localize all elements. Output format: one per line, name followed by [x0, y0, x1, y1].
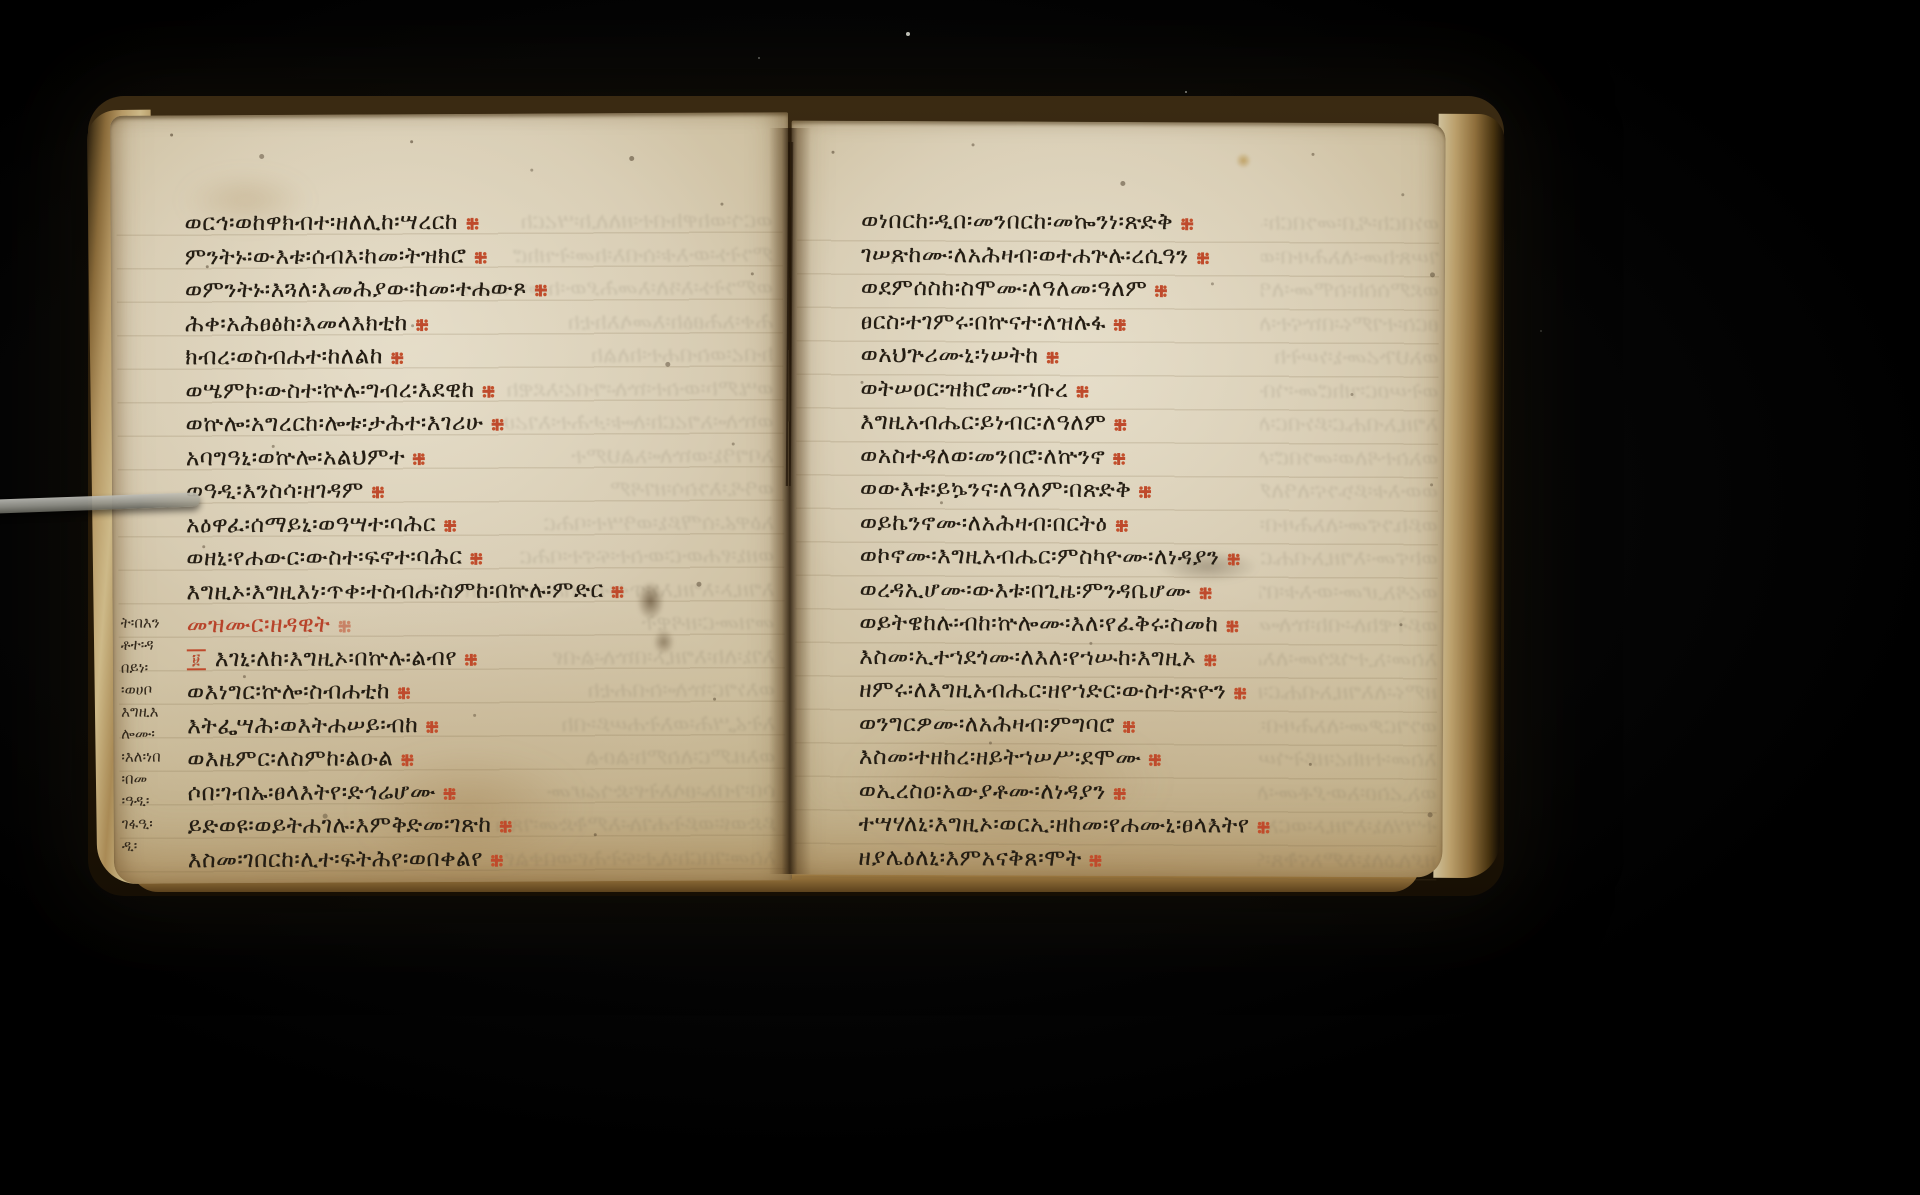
- paragraph-separator-icon: [1115, 519, 1127, 531]
- paragraph-separator-icon: [491, 854, 503, 866]
- line-text: ወንግርዎሙ፡ለአሕዛብ፡ምግባሮ: [859, 710, 1115, 737]
- line-text: ዘያሌዕለኒ፡እምአናቅጸ፡ሞት: [858, 844, 1081, 871]
- marginalia-line: ፡እለ፡ነበ: [121, 745, 187, 768]
- ghost-line: ወንግርዎሙ፡ለአሕዛብ፡ምግባሮ: [1259, 709, 1437, 743]
- line-text: ፀርስ፡ተገምሩ፡በኵናተ፡ለዝሉፋ: [861, 308, 1106, 335]
- ghost-line: ወረዳኢሆሙ፡ውእቱ፡በጊዜ፡ምንዳቤሆሙ: [1260, 575, 1438, 609]
- ghost-line: ወአስተዳለወ፡መንበሮ፡ለኵንኖ: [1260, 441, 1438, 475]
- paragraph-separator-icon: [401, 754, 413, 766]
- marginalia-line: ፡ወሀቦ: [121, 678, 187, 701]
- ghost-line: ተሣሃለኒ፡እግዚኦ፡ወርኢ፡ዘከመ፡የሐሙኒ፡ፀላእትየ: [1258, 810, 1436, 844]
- speckles: [792, 121, 795, 124]
- right-page: ወነበርከ፡ዲበ፡መንበርከ፡መኰንነ፡ጽድቅገሠጽከሙ፡ለአሕዛብ፡ወተሐጕሉ…: [788, 121, 1445, 878]
- line-text: እስመ፡ገበርከ፡ሊተ፡ፍትሕየ፡ወበቀልየ: [188, 845, 483, 873]
- paragraph-separator-icon: [1123, 721, 1135, 733]
- line-text: እስመ፡ኢተኀደጎሙ፡ለእለ፡የኀሡከ፡እግዚኦ: [859, 643, 1196, 670]
- paragraph-separator-icon: [535, 284, 547, 296]
- photo-stage: ወርኅ፡ወከዋክብተ፡ዘለሊከ፡ሣረርከምንትኑ፡ውእቱ፡ሰብእ፡ከመ፡ትዝክሮ…: [0, 0, 1920, 1195]
- dust-specks: [0, 0, 2, 2]
- text-line: ወዘኒ፡የሐውር፡ውስተ፡ፍኖተ፡ባሕር: [186, 540, 623, 576]
- line-text: ወርኅ፡ወከዋክብተ፡ዘለሊከ፡ሣረርከ: [184, 209, 458, 236]
- rubric-line: መዝሙር፡ዘዳዊት: [187, 607, 624, 643]
- paragraph-separator-icon: [470, 553, 482, 565]
- ghost-line: ፀርስ፡ተገምሩ፡በኵናተ፡ለዝሉፋ: [1261, 307, 1439, 341]
- line-text: ይድወዩ፡ወይትሐገሉ፡እምቅድመ፡ገጽከ: [188, 812, 492, 840]
- text-line: ወምንትኑ፡እጓለ፡እመሕያው፡ከመ፡ተሐውጾ: [185, 272, 622, 308]
- marginalia-line: ቶተ፡ዳ: [121, 634, 187, 657]
- ghost-line: እስመ፡ተዘከረ፡ዘይትኀሠሥ፡ደሞሙ: [1259, 743, 1437, 777]
- line-text: ገሠጽከሙ፡ለአሕዛብ፡ወተሐጕሉ፡ረሲዓን: [861, 241, 1189, 268]
- line-text: እስመ፡ተዘከረ፡ዘይትኀሠሥ፡ደሞሙ: [859, 744, 1142, 771]
- line-text: እገኒ፡ለከ፡እግዚኦ፡በኵሉ፡ልብየ: [215, 644, 457, 671]
- paragraph-separator-icon: [1139, 486, 1151, 498]
- line-text: ወኢረስዐ፡አውያቶሙ፡ለነዳያን: [859, 777, 1106, 804]
- text-line: አባግዓኒ፡ወኵሎ፡አልህምተ: [186, 440, 623, 476]
- ghost-line: ወትሠዐር፡ዝክሮሙ፡ኀቡረ: [1260, 374, 1438, 408]
- line-text: ወይትዌከሉ፡ብከ፡ኵሎሙ፡እለ፡የፈቅሩ፡ስመከ: [859, 610, 1218, 638]
- text-line: እስመ፡ገበርከ፡ሊተ፡ፍትሕየ፡ወበቀልየ: [188, 842, 625, 878]
- ghost-line: ወውእቱ፡ይኴንና፡ለዓለም፡በጽድቅ: [1260, 475, 1438, 509]
- text-line: ወውእቱ፡ይኴንና፡ለዓለም፡በጽድቅ: [860, 473, 1271, 508]
- paragraph-separator-icon: [1114, 787, 1126, 799]
- pointer-rod-tip: [140, 492, 200, 508]
- line-text: እትፌሣሕ፡ወእትሐሠይ፡ብከ: [187, 712, 418, 739]
- paragraph-separator-icon: [444, 787, 456, 799]
- line-text: ወሤምኮ፡ውስተ፡ኵሉ፡ግብረ፡እደዊከ: [185, 376, 474, 404]
- paragraph-separator-icon: [413, 453, 425, 465]
- line-text: ሕቀ፡አሕፀፅከ፡እመላእክቲከ: [185, 310, 408, 337]
- line-text: ወምንትኑ፡እጓለ፡እመሕያው፡ከመ፡ተሐውጾ: [185, 276, 527, 304]
- text-line: ወዓዲ፡እንስሳ፡ዘገዳም: [186, 473, 623, 509]
- ghost-line: ወአህጕሪሙኒ፡ነሠትከ: [1261, 341, 1439, 375]
- paragraph-separator-icon: [1234, 688, 1246, 700]
- text-line: ወደምሰስከ፡ስሞሙ፡ለዓለመ፡ዓለም: [861, 272, 1272, 307]
- paragraph-separator-icon: [466, 218, 478, 230]
- text-line: ዘምሩ፡ለእግዚአብሔር፡ዘየኀድር፡ውስተ፡ጽዮን: [859, 674, 1270, 709]
- paragraph-separator-icon: [491, 419, 503, 431]
- ink-stain: [653, 629, 675, 655]
- paragraph-separator-icon: [1113, 452, 1125, 464]
- text-line: አዕዋፈ፡ሰማይኒ፡ወዓሣተ፡ባሕር: [186, 507, 623, 543]
- text-line: እስመ፡ተዘከረ፡ዘይትኀሠሥ፡ደሞሙ: [859, 741, 1270, 776]
- text-line: ወይትዌከሉ፡ብከ፡ኵሎሙ፡እለ፡የፈቅሩ፡ስመከ: [859, 607, 1270, 642]
- show-through-text: ወነበርከ፡ዲበ፡መንበርከ፡መኰንነ፡ጽድቅገሠጽከሙ፡ለአሕዛብ፡ወተሐጕሉ…: [1258, 207, 1439, 884]
- line-text: አባግዓኒ፡ወኵሎ፡አልህምተ: [186, 444, 405, 471]
- text-line: እግዚኦ፡እግዚእነ፡ጥቀ፡ተስብሐ፡ስምከ፡በኵሉ፡ምድር: [186, 574, 623, 610]
- ghost-line: እግዚአብሔር፡ይነብር፡ለዓለም: [1260, 408, 1438, 442]
- text-line: ዘያሌዕለኒ፡እምአናቅጸ፡ሞት: [858, 841, 1269, 876]
- line-text: ተሣሃለኒ፡እግዚኦ፡ወርኢ፡ዘከመ፡የሐሙኒ፡ፀላእትየ: [859, 811, 1250, 839]
- paragraph-separator-icon: [1047, 352, 1059, 364]
- text-line: ፀርስ፡ተገምሩ፡በኵናተ፡ለዝሉፋ: [861, 305, 1272, 340]
- text-line: ተሣሃለኒ፡እግዚኦ፡ወርኢ፡ዘከመ፡የሐሙኒ፡ፀላእትየ: [859, 808, 1270, 843]
- paragraph-separator-icon: [391, 352, 403, 364]
- text-line: ወኢረስዐ፡አውያቶሙ፡ለነዳያን: [859, 774, 1270, 809]
- paragraph-separator-icon: [1226, 620, 1238, 632]
- paragraph-separator-icon: [1114, 419, 1126, 431]
- paragraph-separator-icon: [426, 721, 438, 733]
- line-text: አዕዋፈ፡ሰማይኒ፡ወዓሣተ፡ባሕር: [186, 511, 436, 538]
- ghost-line: ገሠጽከሙ፡ለአሕዛብ፡ወተሐጕሉ፡ረሲዓን: [1261, 240, 1439, 274]
- marginalia-line: ት፡በእን: [121, 611, 187, 634]
- marginalia-line: እግዚእ: [121, 701, 187, 724]
- ghost-line: ወኮኖሙ፡እግዚአብሔር፡ምስካዮሙ፡ለነዳያን: [1260, 542, 1438, 576]
- paragraph-separator-icon: [372, 486, 384, 498]
- ghost-line: ወነበርከ፡ዲበ፡መንበርከ፡መኰንነ፡ጽድቅ: [1261, 207, 1439, 241]
- parchment-stain: [1235, 153, 1251, 169]
- marginalia-line: ገፋዒ፡: [122, 812, 188, 835]
- text-line: ወእነግር፡ኵሎ፡ስብሐቲከ: [187, 674, 624, 710]
- text-line: ወነበርከ፡ዲበ፡መንበርከ፡መኰንነ፡ጽድቅ: [861, 205, 1272, 240]
- paragraph-separator-icon: [416, 319, 428, 331]
- text-line: ሶበ፡ገብኡ፡ፀላእትየ፡ድኅሬሆሙ: [187, 775, 624, 811]
- paragraph-separator-icon: [1204, 654, 1216, 666]
- ghost-line: እስመ፡ኢተኀደጎሙ፡ለእለ፡የኀሡከ፡እግዚኦ: [1259, 642, 1437, 676]
- line-text: ወእዜምር፡ለስምከ፡ልዑል: [187, 745, 393, 772]
- line-text: ወአስተዳለወ፡መንበሮ፡ለኵንኖ: [860, 442, 1105, 469]
- paragraph-separator-icon: [1149, 754, 1161, 766]
- text-line: ወአስተዳለወ፡መንበሮ፡ለኵንኖ: [860, 439, 1271, 474]
- text-line: ወእዜምር፡ለስምከ፡ልዑል: [187, 741, 624, 777]
- text-line: ይድወዩ፡ወይትሐገሉ፡እምቅድመ፡ገጽከ: [188, 808, 625, 844]
- verse-number-marker: ፱: [187, 649, 206, 670]
- text-line: ወአህጕሪሙኒ፡ነሠትከ: [861, 339, 1272, 374]
- text-line: ወረዳኢሆሙ፡ውእቱ፡በጊዜ፡ምንዳቤሆሙ: [860, 573, 1271, 608]
- text-line: ወርኅ፡ወከዋክብተ፡ዘለሊከ፡ሣረርከ: [184, 205, 621, 241]
- text-line: ወሤምኮ፡ውስተ፡ኵሉ፡ግብረ፡እደዊከ: [185, 373, 622, 409]
- ink-stain: [636, 581, 664, 621]
- text-line: እግዚአብሔር፡ይነብር፡ለዓለም: [860, 406, 1271, 441]
- text-line: እስመ፡ኢተኀደጎሙ፡ለእለ፡የኀሡከ፡እግዚኦ: [859, 640, 1270, 675]
- marginalia-column: ት፡በእንቶተ፡ዳበይነ፡፡ወሀቦእግዚእሎሙ፡፡እለ፡ነበ፡በመ፡ዓዲ፡ገፋዒ…: [121, 611, 188, 857]
- marginalia-line: በይነ፡: [121, 656, 187, 679]
- line-text: እግዚአብሔር፡ይነብር፡ለዓለም: [860, 409, 1106, 436]
- text-line: ወንግርዎሙ፡ለአሕዛብ፡ምግባሮ: [859, 707, 1270, 742]
- paragraph-separator-icon: [474, 251, 486, 263]
- paragraph-separator-icon: [338, 621, 350, 633]
- line-text: መዝሙር፡ዘዳዊት: [187, 612, 331, 639]
- paragraph-separator-icon: [1090, 854, 1102, 866]
- line-text: ወትሠዐር፡ዝክሮሙ፡ኀቡረ: [860, 375, 1068, 402]
- line-text: ወኵሎ፡አግረርከ፡ሎቱ፡ታሕተ፡እገሪሁ: [186, 410, 484, 438]
- paragraph-separator-icon: [1155, 285, 1167, 297]
- paragraph-separator-icon: [1197, 252, 1209, 264]
- ghost-line: ወይትዌከሉ፡ብከ፡ኵሎሙ፡እለ፡የፈቅሩ፡ስመከ: [1259, 609, 1437, 643]
- marginalia-line: ፡በመ: [121, 767, 187, 790]
- paragraph-separator-icon: [1199, 587, 1211, 599]
- paragraph-separator-icon: [1181, 218, 1193, 230]
- text-line: እትፌሣሕ፡ወእትሐሠይ፡ብከ: [187, 708, 624, 744]
- left-text-column: ወርኅ፡ወከዋክብተ፡ዘለሊከ፡ሣረርከምንትኑ፡ውእቱ፡ሰብእ፡ከመ፡ትዝክሮ…: [184, 205, 625, 877]
- line-text: ምንትኑ፡ውእቱ፡ሰብእ፡ከመ፡ትዝክሮ: [185, 242, 467, 269]
- text-line: ወይኬንኖሙ፡ለአሕዛብ፡በርትዕ: [860, 506, 1271, 541]
- text-line: ወኮኖሙ፡እግዚአብሔር፡ምስካዮሙ፡ለነዳያን: [860, 540, 1271, 575]
- paragraph-separator-icon: [398, 687, 410, 699]
- line-text: ዘምሩ፡ለእግዚአብሔር፡ዘየኀድር፡ውስተ፡ጽዮን: [859, 677, 1226, 705]
- paragraph-separator-icon: [1114, 318, 1126, 330]
- paragraph-separator-icon: [1076, 385, 1088, 397]
- paragraph-separator-icon: [1257, 822, 1269, 834]
- ghost-line: ወይኬንኖሙ፡ለአሕዛብ፡በርትዕ: [1260, 508, 1438, 542]
- paragraph-separator-icon: [465, 653, 477, 665]
- line-text: ወረዳኢሆሙ፡ውእቱ፡በጊዜ፡ምንዳቤሆሙ: [860, 576, 1192, 603]
- text-line: ሕቀ፡አሕፀፅከ፡እመላእክቲከ: [185, 306, 622, 342]
- ghost-line: ዘምሩ፡ለእግዚአብሔር፡ዘየኀድር፡ውስተ፡ጽዮን: [1259, 676, 1437, 710]
- line-text: ክብረ፡ወስብሐተ፡ከለልከ: [185, 343, 383, 370]
- text-line: ፱እገኒ፡ለከ፡እግዚኦ፡በኵሉ፡ልብየ: [187, 641, 624, 677]
- line-text: ወአህጕሪሙኒ፡ነሠትከ: [861, 342, 1039, 369]
- line-text: እግዚኦ፡እግዚእነ፡ጥቀ፡ተስብሐ፡ስምከ፡በኵሉ፡ምድር: [186, 577, 603, 605]
- line-text: ወእነግር፡ኵሎ፡ስብሐቲከ: [187, 678, 390, 705]
- line-text: ወውእቱ፡ይኴንና፡ለዓለም፡በጽድቅ: [860, 476, 1131, 503]
- marginalia-line: ዲ፡: [122, 834, 188, 857]
- line-text: ወዓዲ፡እንስሳ፡ዘገዳም: [186, 477, 364, 504]
- marginalia-line: ፡ዓዲ፡: [122, 790, 188, 813]
- line-text: ወይኬንኖሙ፡ለአሕዛብ፡በርትዕ: [860, 509, 1108, 536]
- line-text: ሶበ፡ገብኡ፡ፀላእትየ፡ድኅሬሆሙ: [187, 779, 435, 806]
- text-line: ወትሠዐር፡ዝክሮሙ፡ኀቡረ: [860, 372, 1271, 407]
- paragraph-separator-icon: [483, 385, 495, 397]
- line-text: ወዘኒ፡የሐውር፡ውስተ፡ፍኖተ፡ባሕር: [186, 544, 462, 571]
- paragraph-separator-icon: [444, 519, 456, 531]
- text-line: ወኵሎ፡አግረርከ፡ሎቱ፡ታሕተ፡እገሪሁ: [186, 406, 623, 442]
- paragraph-separator-icon: [1227, 553, 1239, 565]
- line-text: ወነበርከ፡ዲበ፡መንበርከ፡መኰንነ፡ጽድቅ: [861, 208, 1173, 235]
- line-text: ወደምሰስከ፡ስሞሙ፡ለዓለመ፡ዓለም: [861, 275, 1148, 302]
- ghost-line: ወደምሰስከ፡ስሞሙ፡ለዓለመ፡ዓለም: [1261, 274, 1439, 308]
- ghost-line: ዘያሌዕለኒ፡እምአናቅጸ፡ሞት: [1258, 843, 1436, 877]
- paragraph-separator-icon: [612, 586, 624, 598]
- text-line: ገሠጽከሙ፡ለአሕዛብ፡ወተሐጕሉ፡ረሲዓን: [861, 238, 1272, 273]
- line-text: ወኮኖሙ፡እግዚአብሔር፡ምስካዮሙ፡ለነዳያን: [860, 543, 1220, 571]
- left-page: ወርኅ፡ወከዋክብተ፡ዘለሊከ፡ሣረርከምንትኑ፡ውእቱ፡ሰብእ፡ከመ፡ትዝክሮ…: [110, 112, 792, 884]
- paragraph-separator-icon: [500, 821, 512, 833]
- right-text-column: ወነበርከ፡ዲበ፡መንበርከ፡መኰንነ፡ጽድቅገሠጽከሙ፡ለአሕዛብ፡ወተሐጕሉ…: [858, 205, 1272, 877]
- ghost-line: ወኢረስዐ፡አውያቶሙ፡ለነዳያን: [1259, 776, 1437, 810]
- text-line: ምንትኑ፡ውእቱ፡ሰብእ፡ከመ፡ትዝክሮ: [185, 239, 622, 275]
- text-line: ክብረ፡ወስብሐተ፡ከለልከ: [185, 339, 622, 375]
- marginalia-line: ሎሙ፡: [121, 723, 187, 746]
